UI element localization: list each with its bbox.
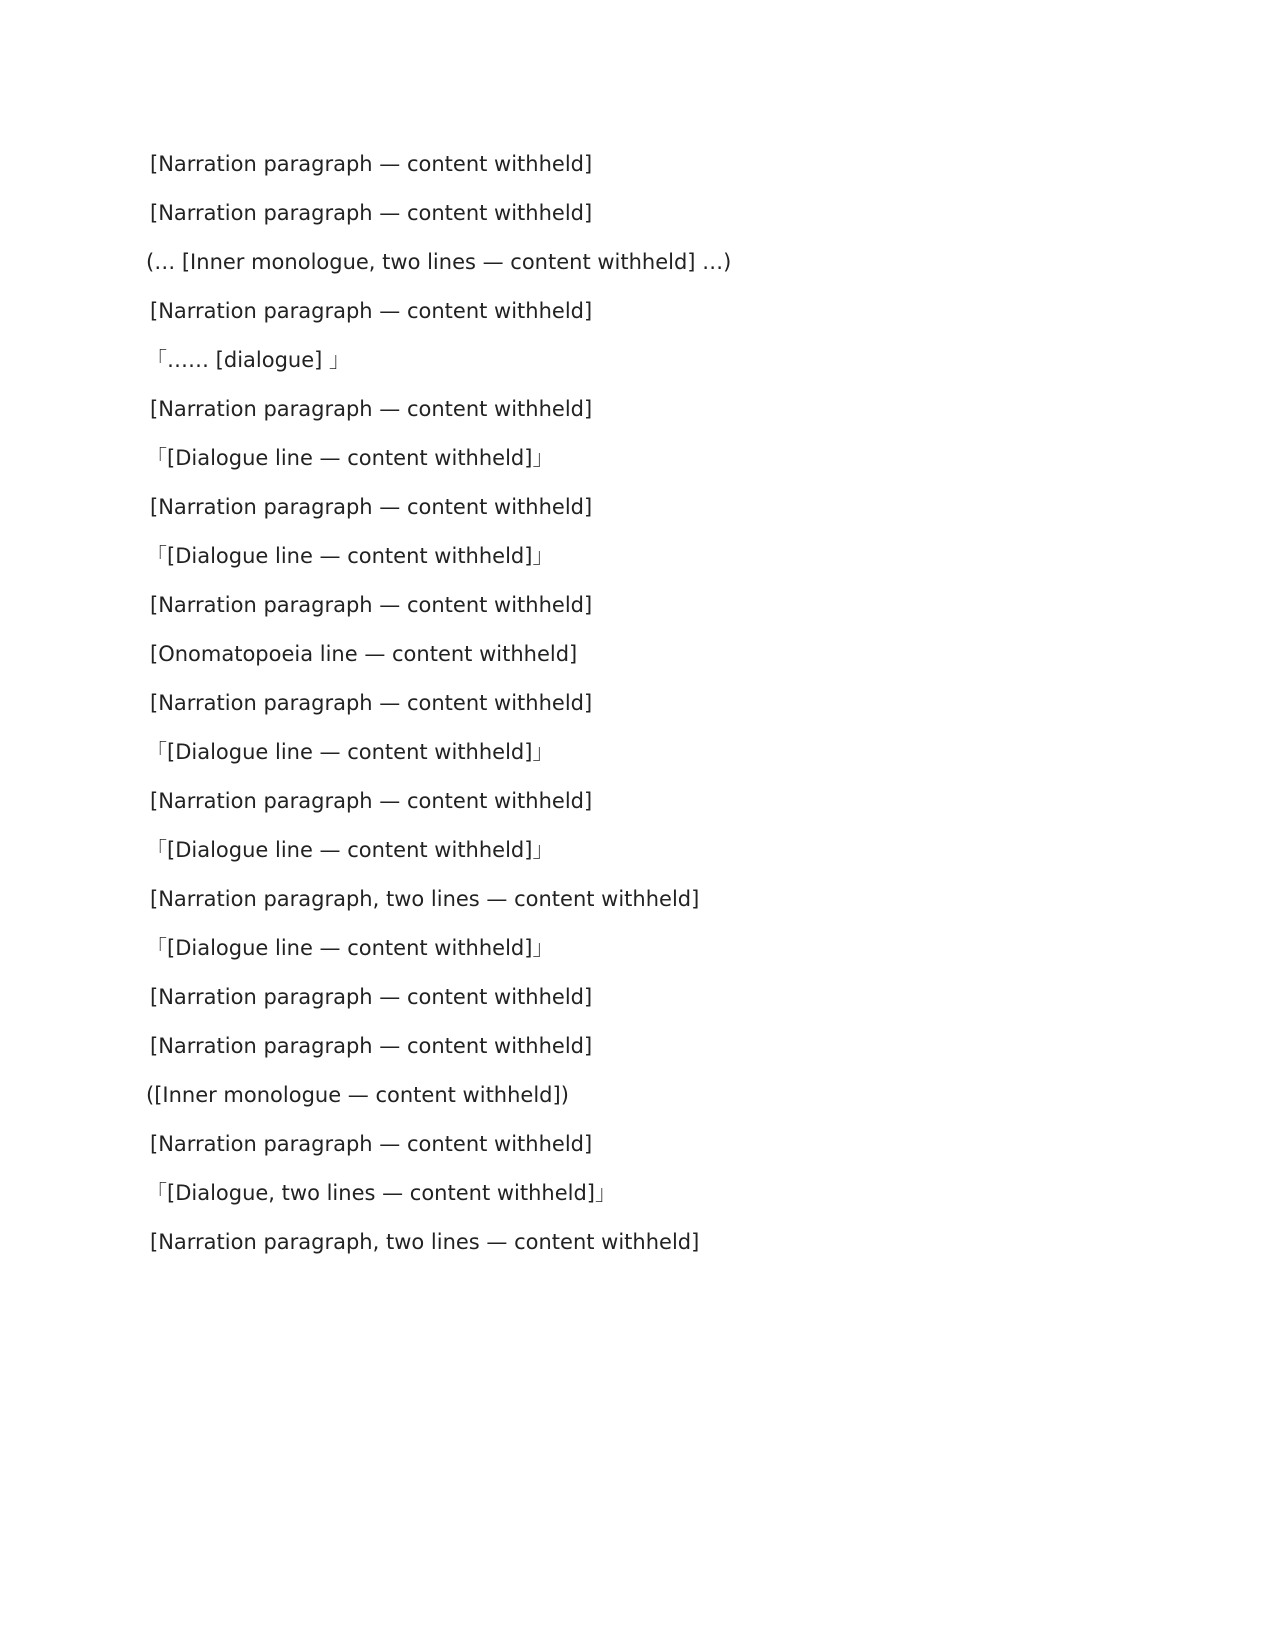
narration-paragraph: [Onomatopoeia line — content withheld] bbox=[150, 638, 1125, 670]
dialogue-paragraph: 「[Dialogue line — content withheld]」 bbox=[146, 834, 1125, 866]
dialogue-paragraph: 「[Dialogue line — content withheld]」 bbox=[146, 932, 1125, 964]
narration-paragraph: [Narration paragraph — content withheld] bbox=[150, 295, 1125, 327]
document-page: [Narration paragraph — content withheld]… bbox=[150, 148, 1125, 1275]
thought-paragraph: (… [Inner monologue, two lines — content… bbox=[146, 246, 1125, 278]
narration-paragraph: [Narration paragraph — content withheld] bbox=[150, 687, 1125, 719]
dialogue-paragraph: 「…… [dialogue] 」 bbox=[146, 344, 1125, 376]
narration-paragraph: [Narration paragraph — content withheld] bbox=[150, 785, 1125, 817]
narration-paragraph: [Narration paragraph — content withheld] bbox=[150, 491, 1125, 523]
dialogue-paragraph: 「[Dialogue line — content withheld]」 bbox=[146, 540, 1125, 572]
thought-paragraph: ([Inner monologue — content withheld]) bbox=[146, 1079, 1125, 1111]
narration-paragraph: [Narration paragraph — content withheld] bbox=[150, 393, 1125, 425]
dialogue-paragraph: 「[Dialogue line — content withheld]」 bbox=[146, 442, 1125, 474]
narration-paragraph: [Narration paragraph — content withheld] bbox=[150, 589, 1125, 621]
narration-paragraph: [Narration paragraph — content withheld] bbox=[150, 197, 1125, 229]
dialogue-paragraph: 「[Dialogue line — content withheld]」 bbox=[146, 736, 1125, 768]
narration-paragraph: [Narration paragraph, two lines — conten… bbox=[150, 883, 1125, 915]
dialogue-paragraph: 「[Dialogue, two lines — content withheld… bbox=[146, 1177, 1125, 1209]
narration-paragraph: [Narration paragraph, two lines — conten… bbox=[150, 1226, 1125, 1258]
narration-paragraph: [Narration paragraph — content withheld] bbox=[150, 1030, 1125, 1062]
narration-paragraph: [Narration paragraph — content withheld] bbox=[150, 148, 1125, 180]
narration-paragraph: [Narration paragraph — content withheld] bbox=[150, 981, 1125, 1013]
narration-paragraph: [Narration paragraph — content withheld] bbox=[150, 1128, 1125, 1160]
